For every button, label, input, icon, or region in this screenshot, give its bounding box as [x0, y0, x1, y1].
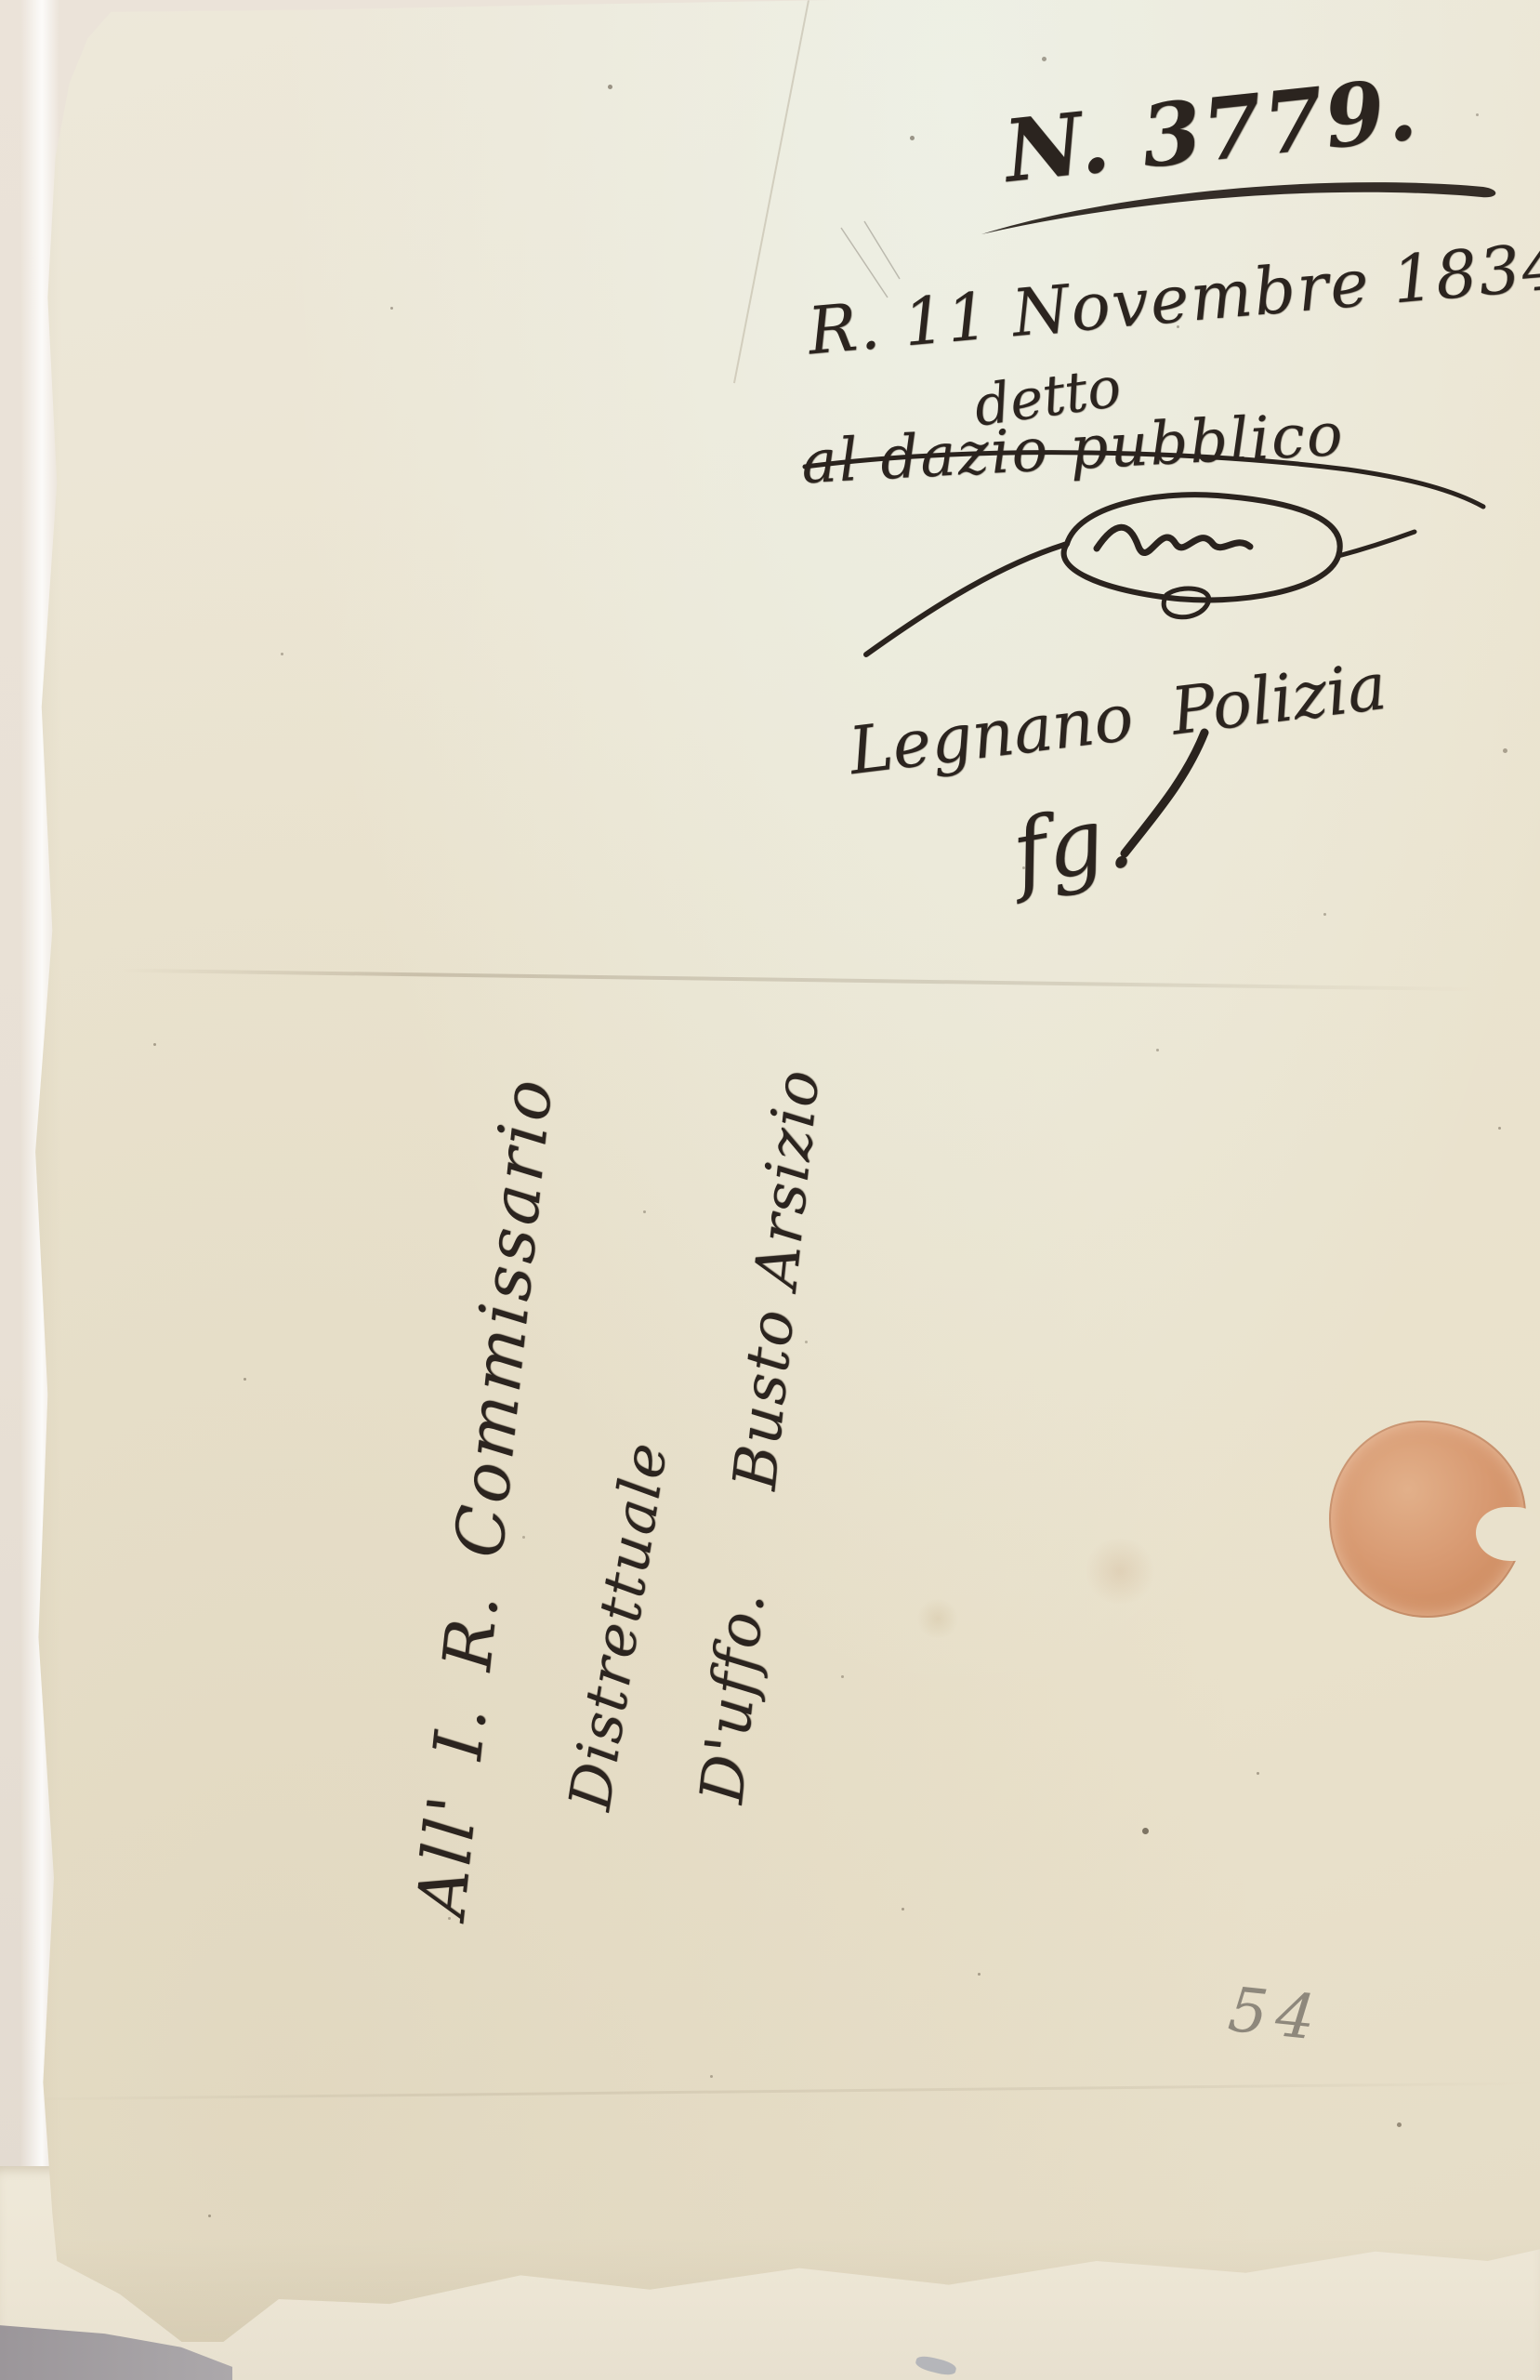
handwriting-layer: N. 3779. R. 11 Novembre 1834 detto al da…	[0, 0, 1540, 2380]
photographed-document: N. 3779. R. 11 Novembre 1834 detto al da…	[0, 0, 1540, 2380]
abbreviation-mark: fg.	[1005, 783, 1139, 906]
date-line: R. 11 Novembre 1834	[805, 228, 1540, 370]
pencil-number: 54	[1225, 1974, 1326, 2055]
address-line-2: Distrettuale	[546, 1435, 691, 1817]
office-line: Legnano Polizia	[845, 648, 1390, 789]
address-line-3: D'uffo.Busto Arsizio	[675, 1025, 848, 1847]
struck-text: al dazio pubblico	[799, 401, 1346, 497]
address-line-3-place: Busto Arsizio	[721, 1065, 834, 1493]
address-line-3-prefix: D'uffo.	[688, 1587, 779, 1806]
protocol-number: N. 3779.	[1000, 59, 1423, 202]
